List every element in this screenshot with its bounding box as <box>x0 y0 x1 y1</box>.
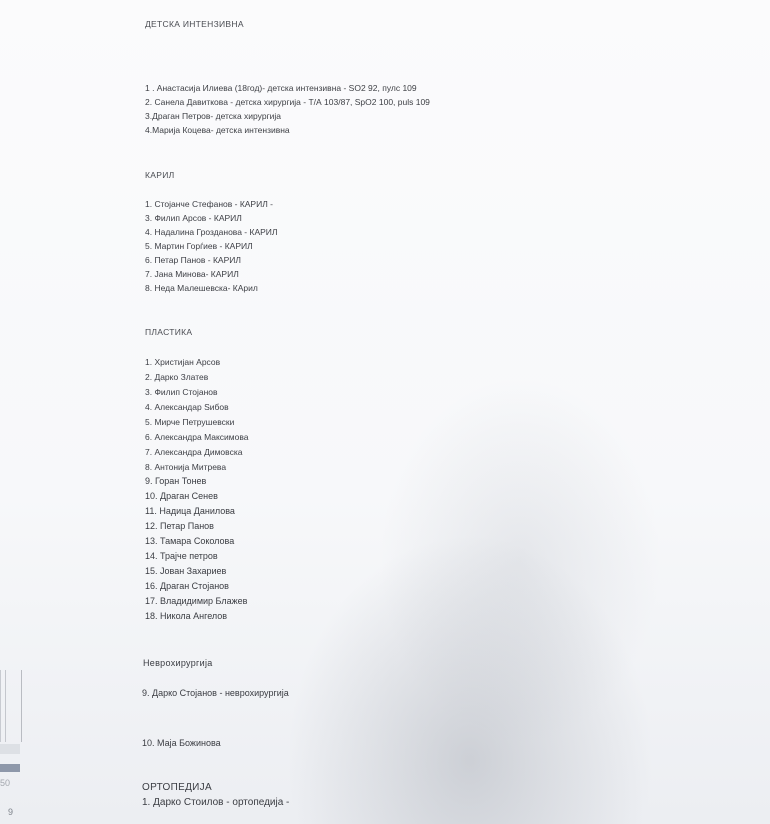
list-item: 18. Никола Ангелов <box>145 611 227 621</box>
document: ДЕТСКА ИНТЕНЗИВНА 1 . Анастасија Илиева … <box>0 0 770 824</box>
list-item: 5. Мартин Горѓиев - КАРИЛ <box>145 241 253 251</box>
list-item: 11. Надица Данилова <box>145 506 235 516</box>
list-item: 3. Филип Стојанов <box>145 387 218 397</box>
list-item: 4. Александар Ѕибов <box>145 402 229 412</box>
list-item: 6. Александра Максимова <box>145 432 249 442</box>
list-item: 8. Антонија Митрева <box>145 462 226 472</box>
list-item: 3. Филип Арсов - КАРИЛ <box>145 213 242 223</box>
list-item: 5. Мирче Петрушевски <box>145 417 234 427</box>
list-item: 13. Тамара Соколова <box>145 536 234 546</box>
section-heading-ortopedija: ОРТОПЕДИЈА <box>142 782 212 793</box>
list-item: 3.Драган Петров- детска хирургија <box>145 111 281 121</box>
list-item: 2. Санела Давиткова - детска хирургија -… <box>145 97 430 107</box>
list-item: 9. Горан Тонев <box>145 476 206 486</box>
list-item: 9. Дарко Стојанов - неврохирургија <box>142 688 289 698</box>
list-item: 1. Стојанче Стефанов - КАРИЛ - <box>145 199 273 209</box>
list-item: 4. Надалина Грозданова - КАРИЛ <box>145 227 277 237</box>
list-item: 4.Марија Коцева- детска интензивна <box>145 125 290 135</box>
section-heading-plastika: ПЛАСТИКА <box>145 327 192 337</box>
list-item: 1 . Анастасија Илиева (18год)- детска ин… <box>145 83 417 93</box>
section-heading-nevrohirurgija: Неврохирургија <box>143 658 213 668</box>
list-item: 17. Владидимир Блажев <box>145 596 247 606</box>
list-item: 16. Драган Стојанов <box>145 581 229 591</box>
list-item: 10. Драган Сенев <box>145 491 218 501</box>
list-item: 7. Јана Минова- КАРИЛ <box>145 269 239 279</box>
list-item: 8. Неда Малешевска- КАрил <box>145 283 258 293</box>
list-item: 10. Маја Божинова <box>142 738 221 748</box>
list-item: 1. Дарко Стоилов - ортопедија - <box>142 797 289 808</box>
list-item: 12. Петар Панов <box>145 521 214 531</box>
section-heading-detska-intenzivna: ДЕТСКА ИНТЕНЗИВНА <box>145 19 244 29</box>
list-item: 2. Дарко Златев <box>145 372 208 382</box>
list-item: 1. Христијан Арсов <box>145 357 220 367</box>
list-item: 6. Петар Панов - КАРИЛ <box>145 255 241 265</box>
section-heading-karil: КАРИЛ <box>145 170 174 180</box>
list-item: 15. Јован Захариев <box>145 566 226 576</box>
list-item: 14. Трајче петров <box>145 551 218 561</box>
list-item: 7. Александра Димовска <box>145 447 242 457</box>
